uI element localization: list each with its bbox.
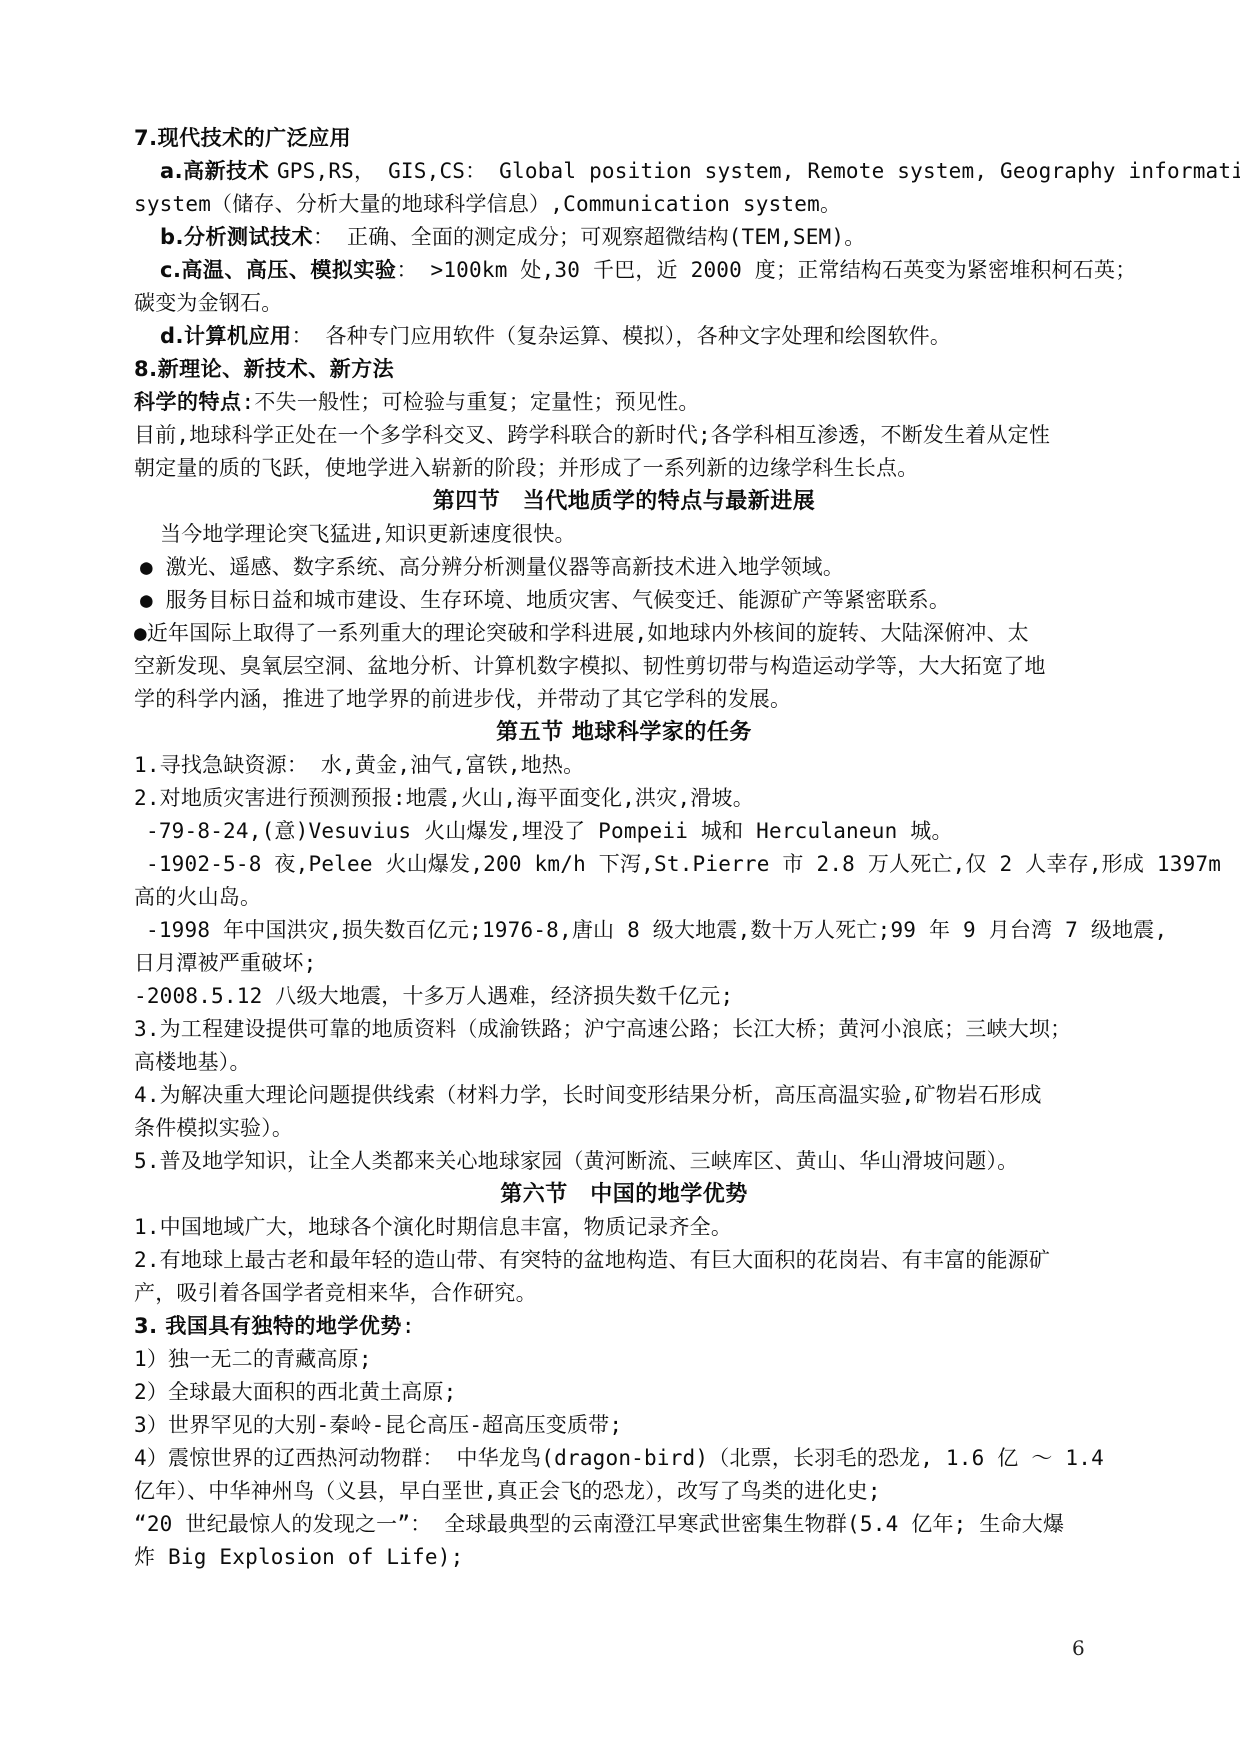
body-text: 当今地学理论突飞猛进,知识更新速度很快。 — [160, 522, 576, 546]
text-line: a.高新技术 GPS,RS， GIS,CS： Global position s… — [134, 155, 1114, 188]
body-text: 目前,地球科学正处在一个多学科交叉、跨学科联合的新时代;各学科相互渗透，不断发生… — [134, 423, 1050, 447]
text-line: 朝定量的质的飞跃，使地学进入崭新的阶段；并形成了一系列新的边缘学科生长点。 — [134, 452, 1114, 485]
text-line: 1.寻找急缺资源： 水,黄金,油气,富铁,地热。 — [134, 749, 1114, 782]
section-heading: 第四节 当代地质学的特点与最新进展 — [134, 485, 1114, 518]
body-text: 高的火山岛。 — [134, 885, 261, 909]
text-line: 3. 我国具有独特的地学优势: — [134, 1310, 1114, 1343]
body-text: ： >100km 处,30 千巴，近 2000 度；正常结构石英变为紧密堆积柯石… — [396, 258, 1136, 282]
text-line: 3.为工程建设提供可靠的地质资料（成渝铁路；沪宁高速公路；长江大桥；黄河小浪底；… — [134, 1013, 1114, 1046]
body-text: 5.普及地学知识，让全人类都来关心地球家园（黄河断流、三峡库区、黄山、华山滑坡问… — [134, 1149, 1018, 1173]
bold-text: 8.新理论、新技术、新方法 — [134, 357, 394, 381]
bold-text: 3. 我国具有独特的地学优势 — [134, 1314, 402, 1338]
text-line: 当今地学理论突飞猛进,知识更新速度很快。 — [134, 518, 1114, 551]
body-text: 2.有地球上最古老和最年轻的造山带、有突特的盆地构造、有巨大面积的花岗岩、有丰富… — [134, 1248, 1050, 1272]
text-line: -1902-5-8 夜,Pelee 火山爆发,200 km/h 下泻,St.Pi… — [134, 848, 1114, 881]
body-text: 3.为工程建设提供可靠的地质资料（成渝铁路；沪宁高速公路；长江大桥；黄河小浪底；… — [134, 1017, 1071, 1041]
body-text: ●近年国际上取得了一系列重大的理论突破和学科进展,如地球内外核间的旋转、大陆深俯… — [134, 621, 1029, 645]
text-line: 2）全球最大面积的西北黄土高原; — [134, 1376, 1114, 1409]
body-text: -2008.5.12 八级大地震，十多万人遇难，经济损失数千亿元; — [134, 984, 733, 1008]
body-text: 1.中国地域广大，地球各个演化时期信息丰富，物质记录齐全。 — [134, 1215, 732, 1239]
text-line: d.计算机应用： 各种专门应用软件（复杂运算、模拟），各种文字处理和绘图软件。 — [134, 320, 1114, 353]
bold-text: 7.现代技术的广泛应用 — [134, 126, 351, 150]
body-text: 日月潭被严重破坏; — [134, 951, 316, 975]
text-line: c.高温、高压、模拟实验： >100km 处,30 千巴，近 2000 度；正常… — [134, 254, 1114, 287]
text-line: 条件模拟实验）。 — [134, 1112, 1114, 1145]
body-text: ： 各种专门应用软件（复杂运算、模拟），各种文字处理和绘图软件。 — [292, 324, 952, 348]
text-line: 1.中国地域广大，地球各个演化时期信息丰富，物质记录齐全。 — [134, 1211, 1114, 1244]
text-line: 空新发现、臭氧层空洞、盆地分析、计算机数字模拟、韧性剪切带与构造运动学等，大大拓… — [134, 650, 1114, 683]
text-line: b.分析测试技术： 正确、全面的测定成分；可观察超微结构(TEM,SEM)。 — [134, 221, 1114, 254]
body-text: 碳变为金钢石。 — [134, 291, 282, 315]
document-page: 7.现代技术的广泛应用a.高新技术 GPS,RS， GIS,CS： Global… — [0, 0, 1240, 1754]
body-text: 高楼地基）。 — [134, 1050, 251, 1074]
body-text: 条件模拟实验）。 — [134, 1116, 293, 1140]
bold-text: a.高新技术 — [160, 159, 277, 183]
text-line: “20 世纪最惊人的发现之一”： 全球最典型的云南澄江早寒武世密集生物群(5.4… — [134, 1508, 1114, 1541]
body-text: 朝定量的质的飞跃，使地学进入崭新的阶段；并形成了一系列新的边缘学科生长点。 — [134, 456, 918, 480]
body-text: ： 正确、全面的测定成分；可观察超微结构(TEM,SEM)。 — [313, 225, 865, 249]
text-line: 日月潭被严重破坏; — [134, 947, 1114, 980]
text-line: 产，吸引着各国学者竞相来华，合作研究。 — [134, 1277, 1114, 1310]
text-line: 3）世界罕见的大别-秦岭-昆仑高压-超高压变质带; — [134, 1409, 1114, 1442]
text-line: 科学的特点:不失一般性；可检验与重复；定量性；预见性。 — [134, 386, 1114, 419]
text-line: 高楼地基）。 — [134, 1046, 1114, 1079]
document-body: 7.现代技术的广泛应用a.高新技术 GPS,RS， GIS,CS： Global… — [134, 122, 1114, 1574]
body-text: system（储存、分析大量的地球科学信息）,Communication sys… — [134, 192, 841, 216]
body-text: : — [402, 1314, 415, 1338]
text-line: 1）独一无二的青藏高原; — [134, 1343, 1114, 1376]
bold-text: 第六节 中国的地学优势 — [500, 1182, 748, 1207]
text-line: 高的火山岛。 — [134, 881, 1114, 914]
text-line: 学的科学内涵，推进了地学界的前进步伐，并带动了其它学科的发展。 — [134, 683, 1114, 716]
body-text: 2）全球最大面积的西北黄土高原; — [134, 1380, 457, 1404]
body-text: 4）震惊世界的辽西热河动物群： 中华龙鸟(dragon-bird)（北票，长羽毛… — [134, 1446, 1104, 1470]
bold-text: 科学的特点 — [134, 390, 242, 414]
text-line: 碳变为金钢石。 — [134, 287, 1114, 320]
body-text: ● 激光、遥感、数字系统、高分辨分析测量仪器等高新技术进入地学领域。 — [140, 555, 844, 579]
text-line: ● 激光、遥感、数字系统、高分辨分析测量仪器等高新技术进入地学领域。 — [134, 551, 1114, 584]
bold-text: 第四节 当代地质学的特点与最新进展 — [433, 489, 816, 514]
page-number: 6 — [1072, 1636, 1085, 1660]
bold-text: b.分析测试技术 — [160, 225, 313, 249]
body-text: 2.对地质灾害进行预测预报:地震,火山,海平面变化,洪灾,滑坡。 — [134, 786, 754, 810]
body-text: ● 服务目标日益和城市建设、生存环境、地质灾害、气候变迁、能源矿产等紧密联系。 — [140, 588, 950, 612]
body-text: 产，吸引着各国学者竞相来华，合作研究。 — [134, 1281, 537, 1305]
body-text: -79-8-24,(意)Vesuvius 火山爆发,埋没了 Pompeii 城和… — [146, 819, 953, 843]
body-text: 3）世界罕见的大别-秦岭-昆仑高压-超高压变质带; — [134, 1413, 622, 1437]
text-line: -1998 年中国洪灾,损失数百亿元;1976-8,唐山 8 级大地震,数十万人… — [134, 914, 1114, 947]
body-text: 学的科学内涵，推进了地学界的前进步伐，并带动了其它学科的发展。 — [134, 687, 791, 711]
text-line: 目前,地球科学正处在一个多学科交叉、跨学科联合的新时代;各学科相互渗透，不断发生… — [134, 419, 1114, 452]
body-text: -1902-5-8 夜,Pelee 火山爆发,200 km/h 下泻,St.Pi… — [146, 852, 1221, 876]
text-line: 4.为解决重大理论问题提供线索（材料力学，长时间变形结果分析，高压高温实验,矿物… — [134, 1079, 1114, 1112]
bold-text: 第五节 地球科学家的任务 — [496, 720, 752, 745]
text-line: 2.有地球上最古老和最年轻的造山带、有突特的盆地构造、有巨大面积的花岗岩、有丰富… — [134, 1244, 1114, 1277]
text-line: system（储存、分析大量的地球科学信息）,Communication sys… — [134, 188, 1114, 221]
text-line: 5.普及地学知识，让全人类都来关心地球家园（黄河断流、三峡库区、黄山、华山滑坡问… — [134, 1145, 1114, 1178]
body-text: 亿年）、中华神州鸟（义县，早白垩世,真正会飞的恐龙），改写了鸟类的进化史; — [134, 1479, 881, 1503]
text-line: ●近年国际上取得了一系列重大的理论突破和学科进展,如地球内外核间的旋转、大陆深俯… — [134, 617, 1114, 650]
body-text: 1.寻找急缺资源： 水,黄金,油气,富铁,地热。 — [134, 753, 584, 777]
body-text: :不失一般性；可检验与重复；定量性；预见性。 — [242, 390, 700, 414]
body-text: “20 世纪最惊人的发现之一”： 全球最典型的云南澄江早寒武世密集生物群(5.4… — [134, 1512, 1064, 1536]
body-text: 炸 Big Explosion of Life); — [134, 1545, 463, 1569]
section-heading: 第六节 中国的地学优势 — [134, 1178, 1114, 1211]
text-line: 2.对地质灾害进行预测预报:地震,火山,海平面变化,洪灾,滑坡。 — [134, 782, 1114, 815]
text-line: 炸 Big Explosion of Life); — [134, 1541, 1114, 1574]
text-line: -79-8-24,(意)Vesuvius 火山爆发,埋没了 Pompeii 城和… — [134, 815, 1114, 848]
bold-text: c.高温、高压、模拟实验 — [160, 258, 396, 282]
body-text: 1）独一无二的青藏高原; — [134, 1347, 372, 1371]
text-line: 亿年）、中华神州鸟（义县，早白垩世,真正会飞的恐龙），改写了鸟类的进化史; — [134, 1475, 1114, 1508]
body-text: 空新发现、臭氧层空洞、盆地分析、计算机数字模拟、韧性剪切带与构造运动学等，大大拓… — [134, 654, 1046, 678]
text-line: 8.新理论、新技术、新方法 — [134, 353, 1114, 386]
body-text: -1998 年中国洪灾,损失数百亿元;1976-8,唐山 8 级大地震,数十万人… — [146, 918, 1167, 942]
text-line: ● 服务目标日益和城市建设、生存环境、地质灾害、气候变迁、能源矿产等紧密联系。 — [134, 584, 1114, 617]
text-line: 7.现代技术的广泛应用 — [134, 122, 1114, 155]
text-line: 4）震惊世界的辽西热河动物群： 中华龙鸟(dragon-bird)（北票，长羽毛… — [134, 1442, 1114, 1475]
bold-text: d.计算机应用 — [160, 324, 292, 348]
text-line: -2008.5.12 八级大地震，十多万人遇难，经济损失数千亿元; — [134, 980, 1114, 1013]
body-text: 4.为解决重大理论问题提供线索（材料力学，长时间变形结果分析，高压高温实验,矿物… — [134, 1083, 1042, 1107]
section-heading: 第五节 地球科学家的任务 — [134, 716, 1114, 749]
body-text: GPS,RS， GIS,CS： Global position system, … — [277, 159, 1240, 183]
